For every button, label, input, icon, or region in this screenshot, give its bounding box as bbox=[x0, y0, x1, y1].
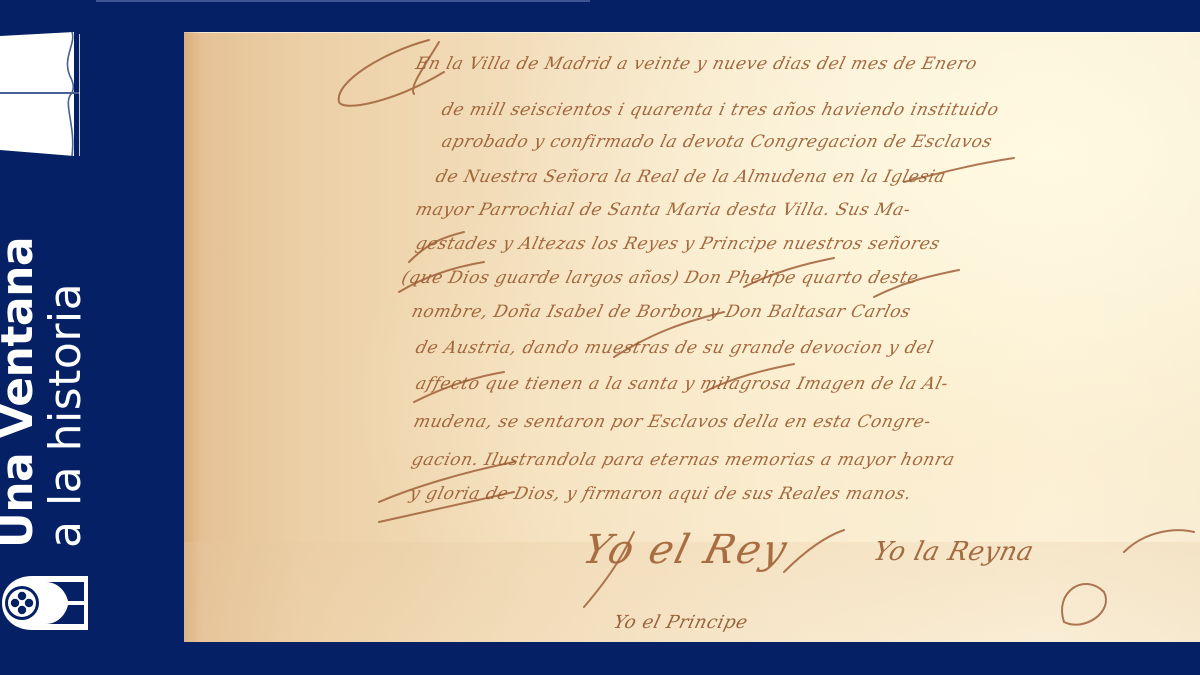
manuscript-line-2: de mill seiscientos i quarenta i tres añ… bbox=[440, 100, 1002, 120]
signature-king: Yo el Rey bbox=[578, 527, 793, 573]
brand-title-line2: a la historia bbox=[44, 283, 88, 548]
signature-prince: Yo el Principe bbox=[611, 612, 750, 633]
manuscript-line-5: mayor Parrochial de Santa Maria desta Vi… bbox=[414, 200, 913, 220]
manuscript-line-3: aprobado y confirmado la devota Congrega… bbox=[440, 132, 995, 152]
top-strip bbox=[96, 0, 590, 2]
manuscript-line-12: gacion. Ilustrandola para eternas memori… bbox=[410, 450, 957, 470]
manuscript-line-10: affecto que tienen a la santa y milagros… bbox=[414, 374, 951, 394]
manuscript-line-9: de Austria, dando muestras de su grande … bbox=[414, 338, 936, 358]
manuscript-line-11: mudena, se sentaron por Esclavos della e… bbox=[412, 412, 934, 432]
manuscript-line-4: de Nuestra Señora la Real de la Almudena… bbox=[434, 167, 949, 187]
manuscript-line-8: nombre, Doña Isabel de Borbon y Don Balt… bbox=[410, 302, 913, 322]
signature-queen: Yo la Reyna bbox=[870, 537, 1037, 567]
manuscript-image: En la Villa de Madrid a veinte y nueve d… bbox=[184, 32, 1200, 642]
manuscript-line-13: y gloria de Dios, y firmaron aqui de sus… bbox=[408, 484, 914, 504]
brand-title-line1: Una Ventana bbox=[0, 237, 40, 548]
manuscript-line-6: gestades y Altezas los Reyes y Principe … bbox=[414, 234, 943, 254]
quatrefoil-arch-emblem-icon bbox=[0, 572, 92, 634]
manuscript-line-7: (que Dios guarde largos años) Don Phelip… bbox=[400, 268, 921, 288]
manuscript-line-1: En la Villa de Madrid a veinte y nueve d… bbox=[414, 54, 980, 74]
